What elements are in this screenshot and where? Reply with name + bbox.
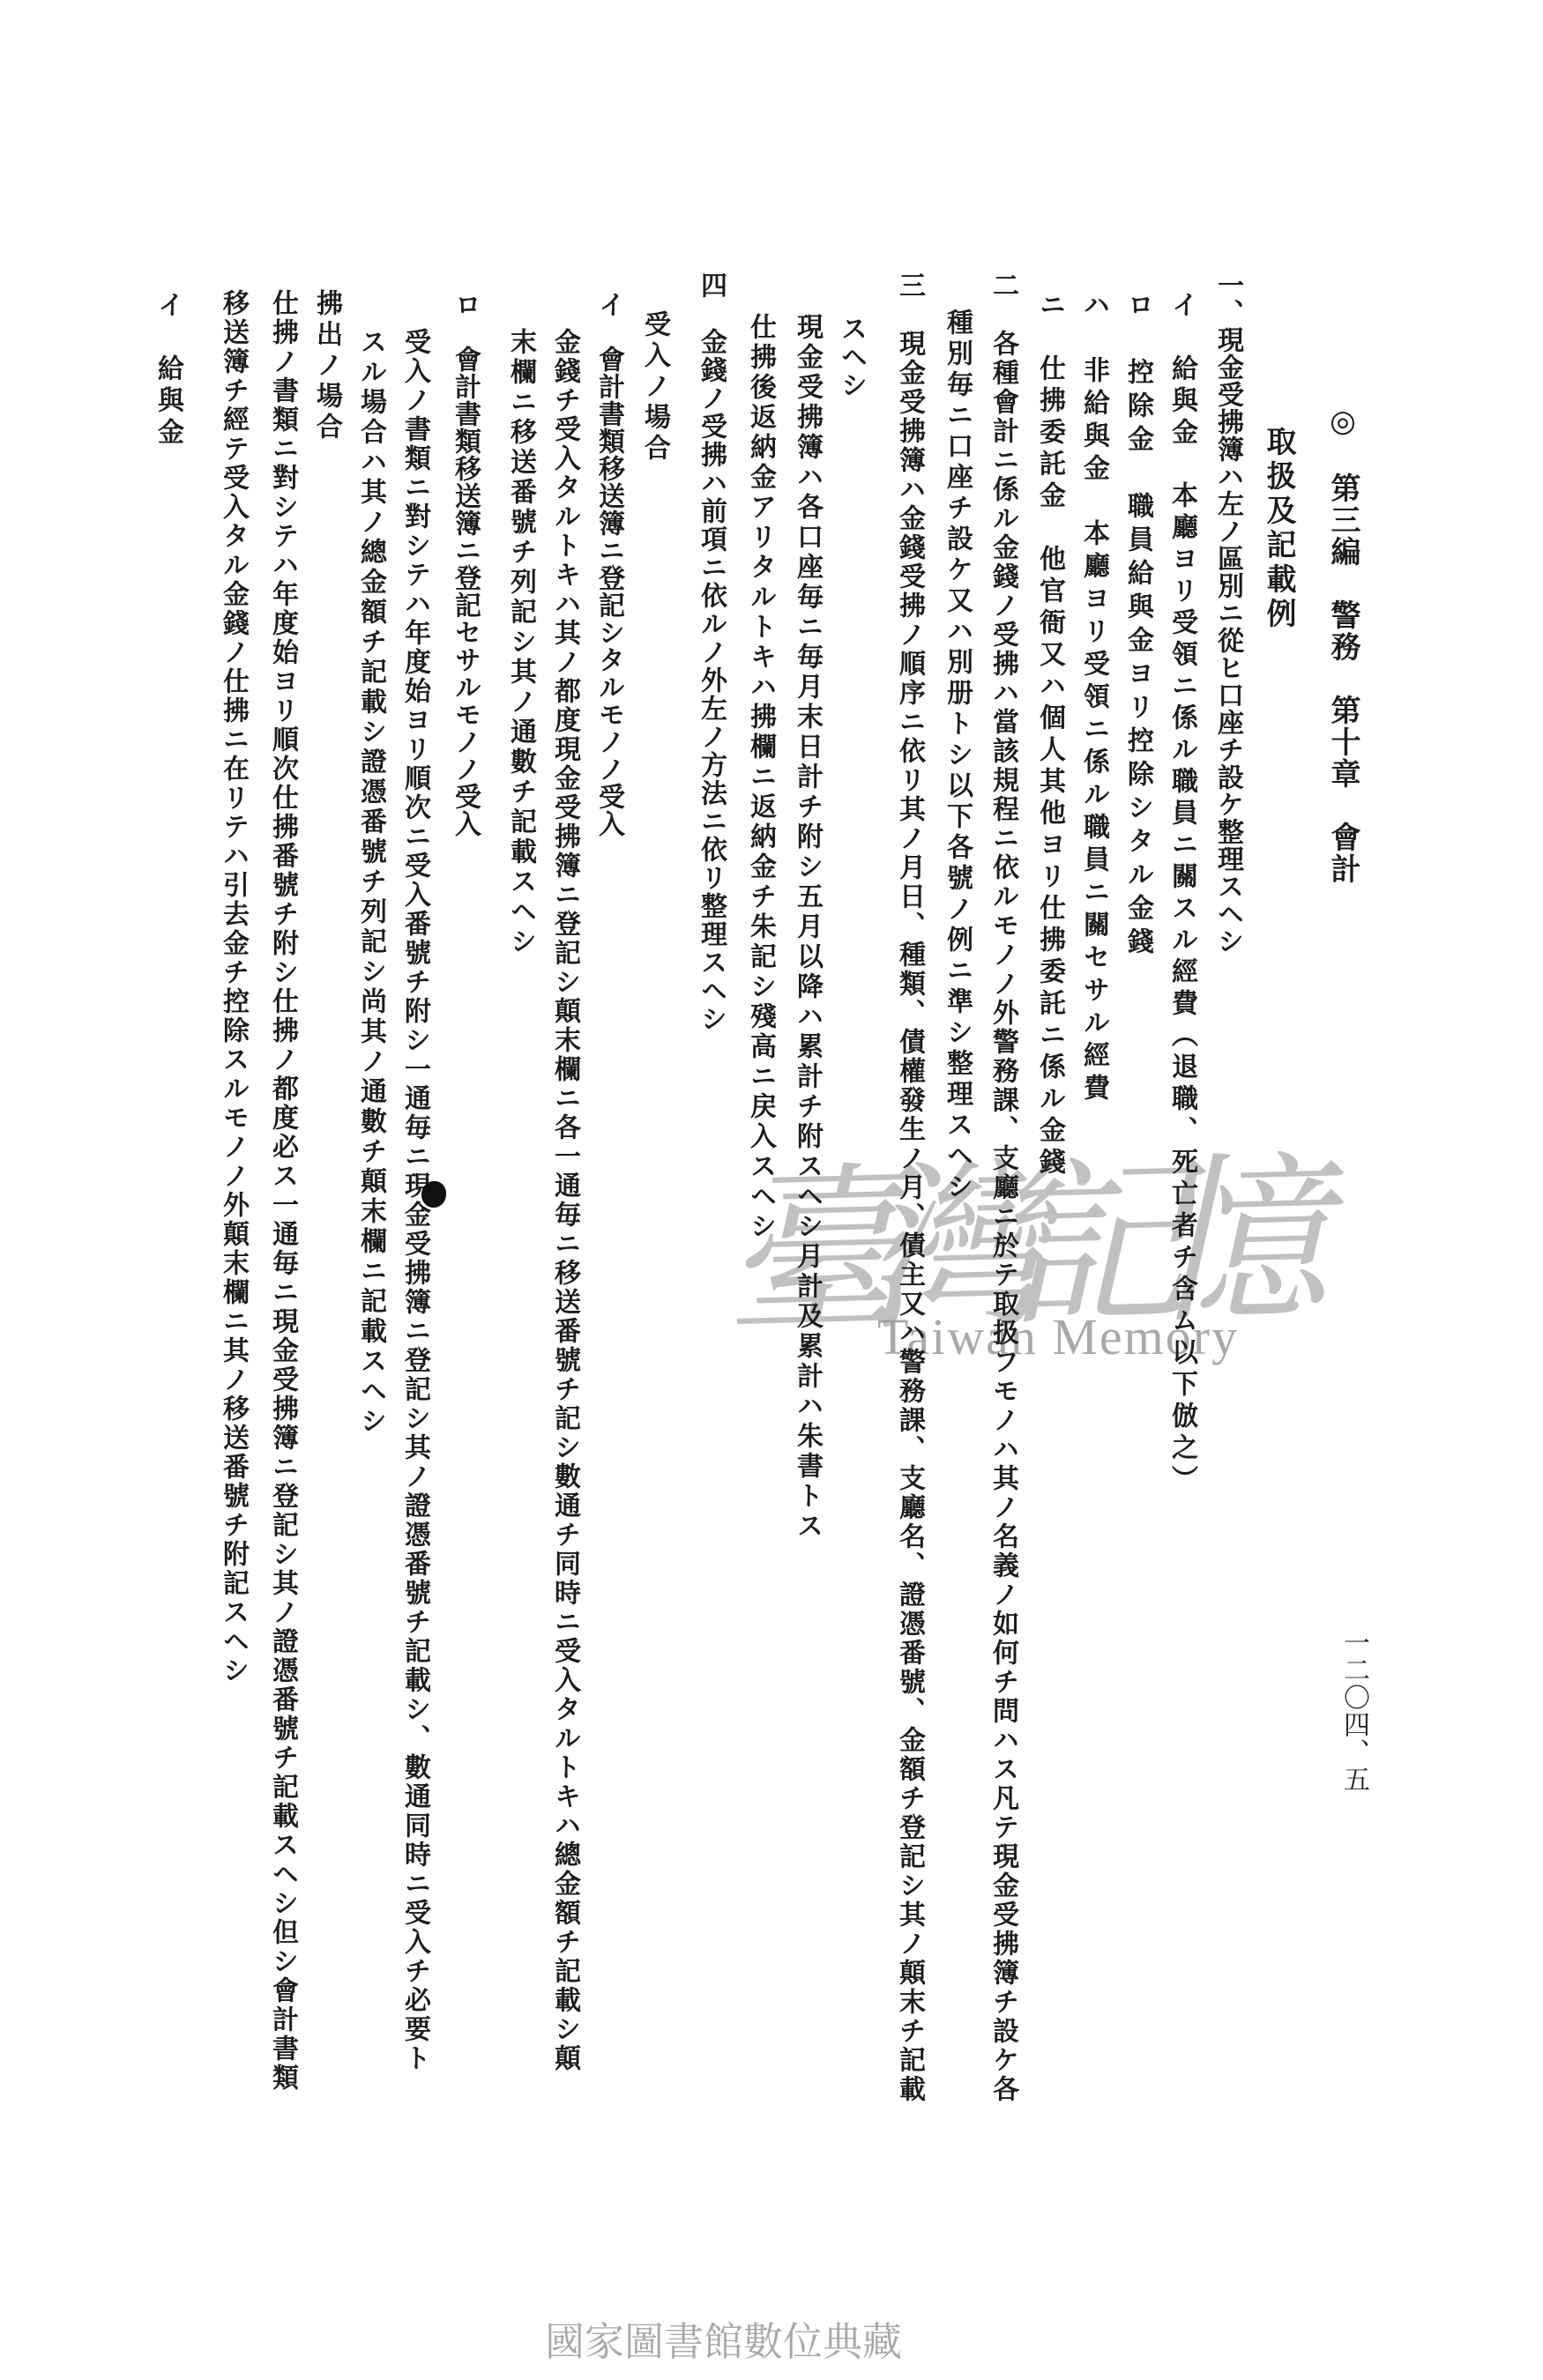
- item-3-note-1: 現金受拂簿ハ各口座毎ニ毎月末日計チ附シ五月以降ハ累計チ附スヘシ月計及累計ハ朱書ト…: [794, 313, 820, 1542]
- section-payment: 拂出ノ場合: [313, 289, 339, 443]
- chapter-header: ◎ 第三編 警務 第十章 會計: [1327, 404, 1357, 885]
- receipt-item-i: イ 會計書類移送簿ニ登記シタルモノノ受入: [595, 291, 622, 837]
- item-1-sub-ro: ロ 控除金 職員給與金ヨリ控除シタル金錢: [1124, 291, 1151, 961]
- item-1-sub-ni: ニ 仕拂委託金 他官衙又ハ個人其他ヨリ仕拂委託ニ係ル金錢: [1036, 291, 1062, 1179]
- item-1-sub-i: イ 給與金 本廳ヨリ受領ニ係ル職員ニ關スル經費（退職、死亡者チ含ム以下倣之）: [1168, 291, 1195, 1497]
- receipt-item-ro-body-cont: スル場合ハ其ノ總金額チ記載シ證憑番號チ列記シ尚其ノ通數チ顛末欄ニ記載スヘシ: [357, 328, 384, 1437]
- section-receipt: 受入ノ場合: [641, 310, 667, 465]
- item-2-cont: 種別毎ニ口座チ設ケ又ハ別册トシ以下各號ノ例ニ準シ整理スヘシ: [943, 309, 970, 1203]
- section-title: 取扱及記載例: [1263, 426, 1293, 632]
- item-1-sub-ha: ハ 非給與金 本廳ヨリ受領ニ係ル職員ニ關セサル經費: [1080, 291, 1107, 1106]
- page-number: 一二〇四、五: [1340, 1629, 1367, 1793]
- scanned-document-page: 臺灣記憶 Taiwan Memory ◎ 第三編 警務 第十章 會計 取扱及記載…: [0, 0, 1543, 2380]
- item-3-note-2: 仕拂後返納金アリタルトキハ拂欄ニ返納金チ朱記シ殘高ニ戻入スヘシ: [747, 313, 773, 1242]
- receipt-item-ro: ロ 會計書類移送簿ニ登記セサルモノノ受入: [451, 291, 478, 837]
- receipt-item-i-body: 金錢チ受入タルトキハ其ノ都度現金受拂簿ニ登記シ顛末欄ニ各一通毎ニ移送番號チ記シ數…: [551, 328, 578, 2073]
- item-4: 四 金錢ノ受拂ハ前項ニ依ルノ外左ノ方法ニ依リ整理スヘシ: [697, 271, 724, 1033]
- receipt-item-i-body-cont: 末欄ニ移送番號チ列記シ其ノ通數チ記載スヘシ: [507, 328, 533, 957]
- payment-body-cont: 移送簿チ經テ受入タル金錢ノ仕拂ニ在リテハ引去金チ控除スルモノノ外顛末欄ニ其ノ移送…: [220, 289, 246, 1685]
- library-footer-text: 國家圖書館數位典藏: [545, 2309, 902, 2367]
- next-item-i: イ 給與金: [154, 291, 181, 450]
- ink-blot-mark: [421, 1181, 446, 1208]
- payment-body: 仕拂ノ書類ニ對シテハ年度始ヨリ順次仕拂番號チ附シ仕拂ノ都度必ス一通毎ニ現金受拂簿…: [269, 289, 295, 2093]
- item-2: 二 各種會計ニ係ル金錢ノ受拂ハ當該規程ニ依ルモノノ外警務課、支廳ニ於テ取扱フモノ…: [989, 271, 1016, 2104]
- item-1: 一、現金受拂簿ハ左ノ區別ニ從ヒ口座チ設ケ整理スヘシ: [1214, 271, 1241, 955]
- item-3: 三 現金受拂簿ハ金錢受拂ノ順序ニ依リ其ノ月日、種類、債權發生ノ月、債主又ハ警務課…: [896, 271, 922, 2104]
- item-3-cont: スヘシ: [838, 315, 864, 399]
